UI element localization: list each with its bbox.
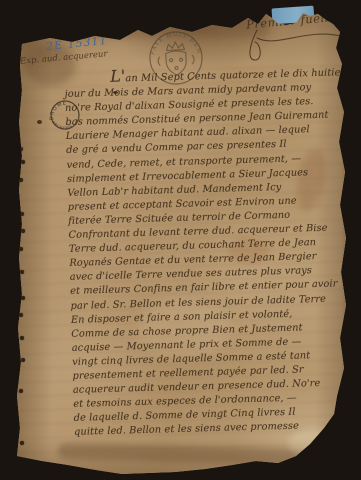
pencil-year-annotation: 1714 <box>47 10 98 35</box>
stitch-hole <box>21 160 25 164</box>
stitch-hole <box>20 212 24 216</box>
stitch-hole <box>19 313 23 317</box>
manuscript-text: L'an Mil Sept Cents quatorze et le dix h… <box>64 63 354 440</box>
stitch-hole <box>19 178 23 182</box>
fiscal-stamp-legend: PAYE HUIT DEN <box>149 31 202 58</box>
registration-note: Exp. aud. acquereur <box>20 49 108 67</box>
stitch-hole <box>19 147 23 151</box>
ink-blot <box>37 120 42 124</box>
stitch-hole <box>20 270 24 274</box>
stitch-hole <box>21 296 25 300</box>
stitch-hole <box>19 247 23 251</box>
stitch-hole <box>21 229 25 233</box>
photograph-background: 1714 2E 15311 Exp. aud. acquereur 18e ma… <box>0 0 361 480</box>
stitch-hole <box>20 336 24 340</box>
svg-text:PAYE HUIT DEN: PAYE HUIT DEN <box>149 31 202 58</box>
stitch-hole <box>20 441 24 445</box>
date-annotation: 18e mars 1714 <box>128 3 189 16</box>
manuscript-page: 1714 2E 15311 Exp. aud. acquereur 18e ma… <box>0 0 361 480</box>
stitch-hole <box>21 358 25 362</box>
crease-shadow <box>58 443 308 466</box>
folio-flourish <box>243 24 348 68</box>
stitch-hole <box>19 389 23 393</box>
